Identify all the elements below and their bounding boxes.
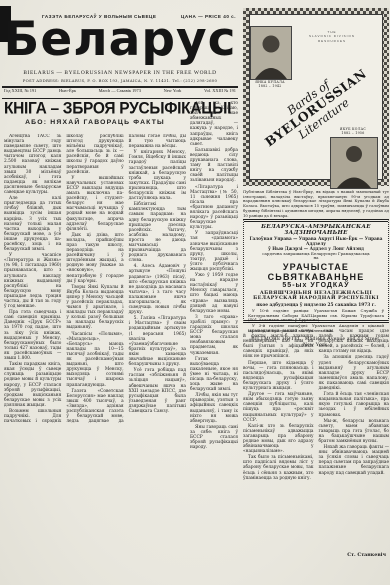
body-paragraph: Лічбы, якія мы тут прыводзім, узятыя з а… — [190, 393, 238, 424]
body-paragraph: Калі-ж хто зь беларускіх пісьменьнікаў а… — [243, 424, 314, 455]
body-paragraph: Гэта й ёсьць тая «ленінская нацыянальная… — [319, 392, 390, 417]
body-paragraph: Пра гэта сьведчаць і самі савецкія крыні… — [4, 310, 61, 361]
body-paragraph: Прыведзеныя вышэй лічбы й факты маглі-б … — [243, 329, 314, 360]
lead-subhead: АБО: НЯХАЙ ГАВОРАЦЬ ФАКТЫ — [4, 119, 186, 126]
body-paragraph: 4. Алесь Адамовіч у артыкуле «Пошукі рад… — [129, 264, 186, 315]
lead-article-columns: Агенцтва ТАСС зь мінулага году паведамля… — [4, 134, 186, 581]
dateline-issue-be: Год XXIII, № 191 — [4, 88, 36, 93]
lead-article-header: КНІГА – ЗБРОЯ РУСЫФІКАЦЫІ АБО: НЯХАЙ ГАВ… — [4, 101, 186, 126]
body-paragraph: Бібліятэкі камплектуюцца тым самым парад… — [129, 202, 186, 263]
dateline-issue-en: Vol. XXIII № 191 — [204, 88, 236, 93]
photo2-years: 1882 – 1956 — [324, 131, 382, 135]
announcement-org: БЕЛАРУСКА-АМЭРЫКАНСКАЕ ЗАДЗІНОЧАНЬНЕ — [248, 224, 384, 236]
announcement-title2: 55-ых УГОДКАЎ — [248, 282, 384, 290]
body-paragraph: Першае, што кідаецца ў вочы, — гэта плян… — [243, 361, 314, 392]
body-paragraph: Тым часам працэс ідзе далей: з кажным го… — [319, 329, 390, 354]
body-paragraph: Часапісы «Полымя», «Маладосьць», «Белару… — [66, 332, 123, 388]
masthead-address: POST ADDRESS: BIELARUS, P. O. BOX 193, J… — [0, 78, 240, 83]
body-paragraph: Творы Янкі Купалы й Якуба Коласа выдаюцц… — [66, 285, 123, 331]
body-paragraph: За апошнія дзесяць гадоў удзел беларуска… — [319, 355, 390, 391]
photo2-caption: ЯКУБ КОЛАС 1882 – 1956 — [324, 127, 382, 135]
newspaper-logo: Беларус — [0, 14, 240, 66]
body-paragraph: Агенцтва ТАСС зь мінулага году паведамля… — [4, 134, 61, 195]
announcement-title1: УРАЧЫСТАЕ СЬВЯТКАВАНЬНЕ — [248, 262, 384, 282]
exhibit-caption: Публічная Бібліятэка ў Нью-Ёрку, як віда… — [243, 190, 389, 218]
body-paragraph: Яны гавораць самі за сябе: кніга ў БССР … — [190, 425, 238, 450]
body-paragraph: Гэтак выхоўваецца пакаленьне, якое ня ўм… — [190, 357, 238, 393]
body-paragraph: У часапісе «Литература и Жизнь» (№ 98, 1… — [4, 253, 61, 309]
dateline-date: March — Сакавік 1973 — [99, 88, 141, 93]
body-paragraph: Няхай жа гавораць факты — яны абвінавачв… — [319, 445, 390, 476]
body-paragraph: У запраўднасьці тая «дапамога» азначае в… — [190, 231, 238, 272]
dateline-row: Год XXIII, № 191 Нью-Ёрк March — Сакавік… — [4, 88, 236, 93]
masthead-subtitle-en: BIELARUS — BYELORUSSIAN NEWSPAPER IN THE… — [0, 70, 240, 76]
author-signature: Ст. Станкевіч — [300, 552, 386, 558]
body-paragraph: Але калі прыгледзецца да гэтых лічбаў бл… — [4, 196, 61, 252]
lead-headline: КНІГА – ЗБРОЯ РУСЫФІКАЦЫІ — [4, 100, 186, 117]
dateline-city-en: New York — [164, 88, 182, 93]
body-paragraph: Мы-ж, беларусы вольнага сьвету, маем аба… — [319, 419, 390, 444]
article-continuation-columns: Прыведзеныя вышэй лічбы й факты маглі-б … — [243, 329, 389, 551]
body-paragraph: Дык ці дзіва, што моладзь, прайшоўшы пра… — [66, 233, 123, 284]
announcement-title3: АБВЯШЧЭНЬНЯ НЕЗАЛЕЖНАСЬЦІ БЕЛАРУСКАЙ НАР… — [248, 291, 384, 302]
announcement-box: БЕЛАРУСКА-АМЭРЫКАНСКАЕ ЗАДЗІНОЧАНЬНЕ Гал… — [243, 219, 389, 323]
body-paragraph: Так было зь пісьменьнікамі, што падпісал… — [243, 455, 314, 480]
body-paragraph: Другое — гэта маўчаньне, якім абыходзяць… — [243, 392, 314, 423]
body-paragraph: У вышэйшых навучальных установах БССР вы… — [66, 176, 123, 232]
photo-jakub-kolas — [330, 137, 378, 189]
lead-article-fourth-column: Той жа, хто гаворыць з Кнігаю, той ня ма… — [190, 101, 238, 581]
body-paragraph: Той жа, хто гаворыць з Кнігаю, той ня ма… — [190, 101, 238, 147]
body-paragraph: Ужо ў 1959 годзе на нарадзе настаўнікаў … — [190, 273, 238, 314]
body-paragraph: Усё гэта робіцца пад гаслам «збліжэньня … — [129, 368, 186, 414]
newspaper-front-page: ГАЗЭТА БЕЛАРУСАЎ У ВОЛЬНЫМ СЬВЕЦЕ ЦАНА —… — [0, 0, 390, 585]
announcement-line1: Галоўная Управа — Управа Акругі Нью-Ёрк … — [248, 236, 384, 246]
announcement-line4: на — [248, 256, 384, 261]
portrait-silhouette-icon — [331, 138, 377, 188]
body-paragraph: «Літаратура і Мастацтва» (№ 50, 11 сьнеж… — [190, 185, 238, 231]
body-paragraph: 5. Галіна «Літаратура і Мастацтва» ў сва… — [129, 316, 186, 367]
body-paragraph: У кнігарнях Менску, Гомля, Віцебску й ін… — [129, 150, 186, 201]
dateline-city-be: Нью-Ёрк — [59, 88, 76, 93]
body-paragraph: Бальшавікі добра ведаюць сілу друкаванаг… — [190, 148, 238, 184]
announcement-item1: У 10-й гадзіне раніцы: Урачыстая Божая С… — [248, 309, 384, 323]
body-paragraph: З таго «права» зрабілі прымус: у гарадзк… — [190, 315, 238, 356]
body-paragraph: Такім парадкам кніга, якая ўсюды ў сьвец… — [4, 362, 61, 408]
